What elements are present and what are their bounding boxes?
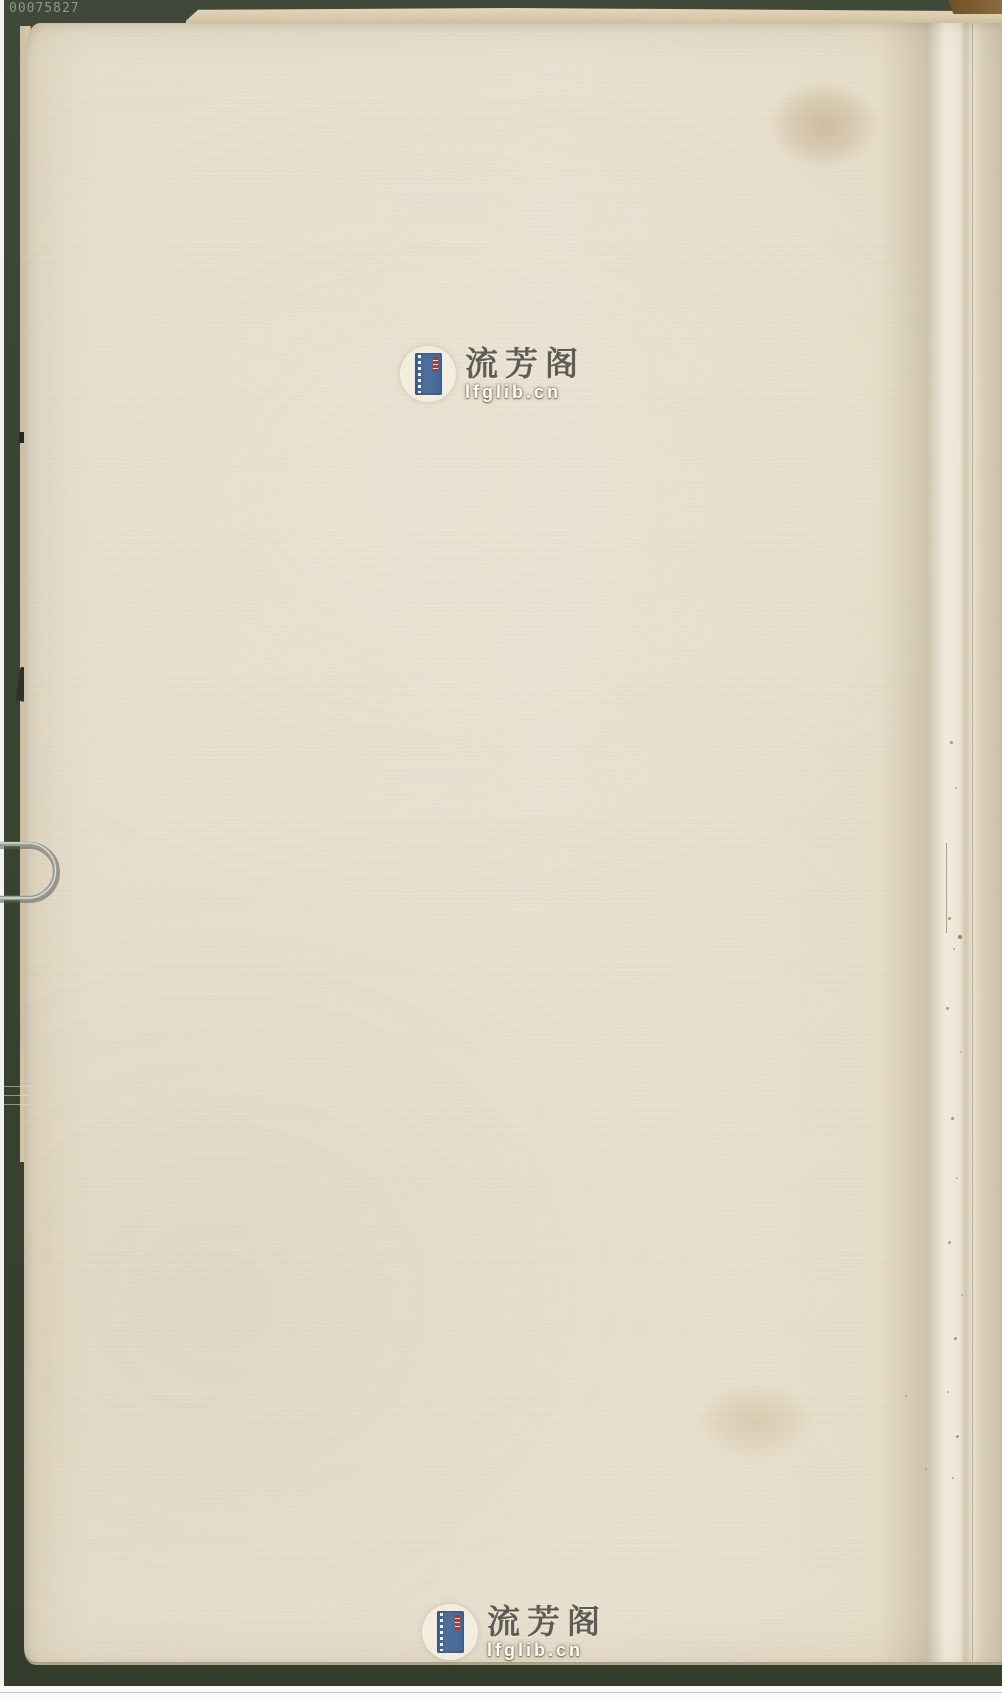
scanner-bed-line — [0, 1692, 1002, 1693]
watermark-bottom: 流芳阁 lfglib.cn — [422, 1604, 607, 1660]
book-scan: 00075827 流芳阁 lfglib.cn — [0, 0, 1002, 1699]
book-spine-stitches — [440, 1613, 443, 1651]
watermark-badge — [422, 1604, 478, 1660]
foxing-speck — [905, 1395, 907, 1397]
thread-line — [1, 1104, 30, 1105]
book-seal-label — [455, 1615, 460, 1630]
foxing-speck — [947, 1391, 949, 1393]
foxing-speck — [960, 1051, 962, 1053]
foxing-speck — [952, 1477, 954, 1479]
watermark-center: 流芳阁 lfglib.cn — [400, 346, 585, 402]
watermark-site-name: 流芳阁 — [465, 347, 585, 380]
book-icon — [415, 353, 442, 395]
foxing-speck — [951, 1117, 954, 1120]
watermark-site-name: 流芳阁 — [487, 1605, 607, 1638]
thread-line — [1, 1095, 30, 1096]
foxing-speck — [950, 741, 953, 744]
watermark-site-url: lfglib.cn — [465, 383, 561, 401]
watermark-site-url: lfglib.cn — [487, 1641, 583, 1659]
fold-crease-line — [972, 23, 973, 1662]
blank-page — [24, 23, 1002, 1663]
foxing-speck — [956, 1435, 959, 1438]
watermark-badge — [400, 346, 456, 402]
foxing-speck — [953, 948, 955, 950]
book-spine-stitches — [418, 355, 421, 393]
foxing-speck — [948, 917, 951, 920]
scanner-bed-bottom-strip — [0, 1686, 1002, 1699]
foxing-speck — [955, 787, 957, 789]
stain-bottom-right — [696, 1383, 814, 1459]
foxing-speck — [961, 1294, 963, 1296]
thread-line — [1, 1086, 30, 1087]
foxing-speck — [956, 1177, 958, 1179]
fold-crease-short — [946, 843, 947, 933]
foxing-speck — [925, 1468, 927, 1470]
foxing-speck — [958, 935, 962, 939]
serial-number: 00075827 — [9, 1, 80, 16]
stain-top-right — [769, 81, 879, 169]
foxing-speck — [948, 1241, 951, 1244]
binding-corner-top-right — [948, 0, 1002, 14]
book-seal-label — [433, 357, 438, 372]
foxing-speck — [946, 1007, 949, 1010]
foxing-speck — [954, 1337, 957, 1340]
paper-clip — [0, 828, 72, 918]
page-fold-right — [877, 23, 1002, 1662]
book-icon — [437, 1611, 464, 1653]
